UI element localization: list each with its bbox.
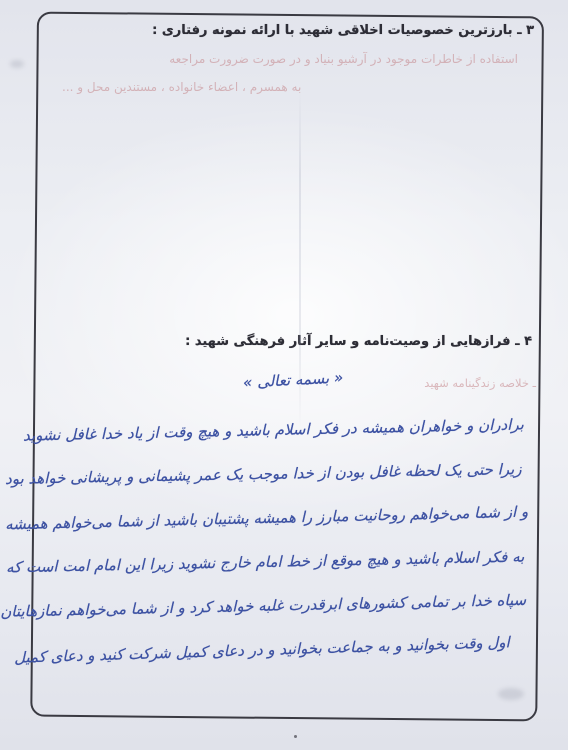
edge-smudge — [10, 60, 24, 68]
pencil-smudge — [498, 688, 524, 700]
ink-speck-bottom — [294, 735, 297, 738]
ink-speck — [213, 30, 216, 33]
scan-fold-crease — [299, 90, 301, 430]
section-4-heading: ۴ ـ فرازهایی از وصیت‌نامه و سایر آثار فر… — [185, 334, 532, 349]
bleed-through-line-3: ـ خلاصه زندگینامه شهید — [424, 376, 536, 390]
bleed-through-line-1: استفاده از خاطرات موجود در آرشیو بنیاد و… — [169, 52, 518, 66]
section-3-heading: ۳ ـ بارزترین خصوصیات اخلاقی شهید با ارائ… — [152, 23, 534, 38]
bleed-through-line-2: به همسرم ، اعضاء خانواده ، مستندین محل و… — [62, 80, 301, 94]
scanned-document-page: { "document": { "sections": { "traits": … — [0, 0, 568, 750]
